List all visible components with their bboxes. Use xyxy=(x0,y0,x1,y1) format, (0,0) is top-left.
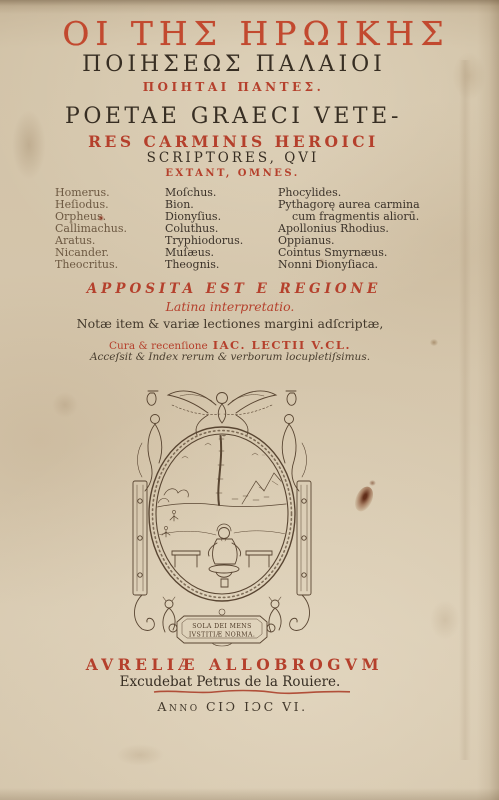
title-latin-line2: RES CARMINIS HEROICI xyxy=(0,132,464,151)
page-edge-right xyxy=(477,0,499,800)
left-pilaster xyxy=(133,481,147,595)
imprint-city: AVRELIÆ ALLOBROGVM xyxy=(0,655,465,674)
title-latin-line1: POETAE GRAECI VETE- xyxy=(0,104,464,129)
pastoral-scene xyxy=(156,397,294,638)
page-edge-top xyxy=(0,0,499,14)
title-greek-line3: ΠΟΙΗΤΑΙ ΠΑΝΤΕΣ. xyxy=(0,80,464,94)
author-list: Homerus.Heſiodus.Orpheus.Callimachus.Ara… xyxy=(55,187,455,271)
author-line: Theognis. xyxy=(165,259,278,271)
printers-device-woodcut: SOLA DEI MENS IVSTITIÆ NORMA. xyxy=(112,383,332,649)
putto-figure xyxy=(168,391,276,435)
title-greek-line2: ΠΟΙΗΣΕΩΣ ΠΑΛΑΙΟΙ xyxy=(0,52,464,77)
red-rule-ornament xyxy=(152,689,352,695)
title-greek-line1: ΟΙ ΤΗΣ ΗΡΩΙΚΗΣ xyxy=(4,14,499,53)
oval-frame-outer xyxy=(149,427,295,601)
device-motto-line1: SOLA DEI MENS xyxy=(192,623,251,630)
editor-name: IAC. LECTII V.CL. xyxy=(213,338,351,352)
title-latin-line3: SCRIPTORES, QVI xyxy=(0,150,463,166)
oval-frame-inner xyxy=(156,434,288,594)
author-column-1: Homerus.Heſiodus.Orpheus.Callimachus.Ara… xyxy=(55,187,165,271)
device-motto-line2: IVSTITIÆ NORMA. xyxy=(189,632,255,639)
page-edge-bottom xyxy=(0,788,499,800)
left-term-figure xyxy=(138,391,162,491)
author-column-2: Moſchus.Bion.Dionyſius.Coluthus.Tryphiod… xyxy=(165,187,278,271)
latina-subheading: Latina interpretatio. xyxy=(0,299,460,314)
notae-line: Notæ item & variæ lectiones margini adſc… xyxy=(0,316,460,331)
apposita-heading: APPOSITA EST E REGIONE xyxy=(0,281,464,297)
right-pilaster xyxy=(297,481,311,595)
author-line: Nonni Dionyſiaca. xyxy=(278,259,448,271)
imprint-year: Anno CIƆ IƆC VI. xyxy=(0,699,463,714)
author-column-3: Phocylides.Pythagorę aurea carmina cum f… xyxy=(278,187,448,271)
accessit-line: Acceſsit & Index rerum & verborum locupl… xyxy=(0,351,460,363)
imprint-printer: Excudebat Petrus de la Rouiere. xyxy=(0,674,460,690)
author-line: Theocritus. xyxy=(55,259,165,271)
right-term-figure xyxy=(282,391,306,491)
title-latin-line4: EXTANT, OMNES. xyxy=(0,168,463,179)
